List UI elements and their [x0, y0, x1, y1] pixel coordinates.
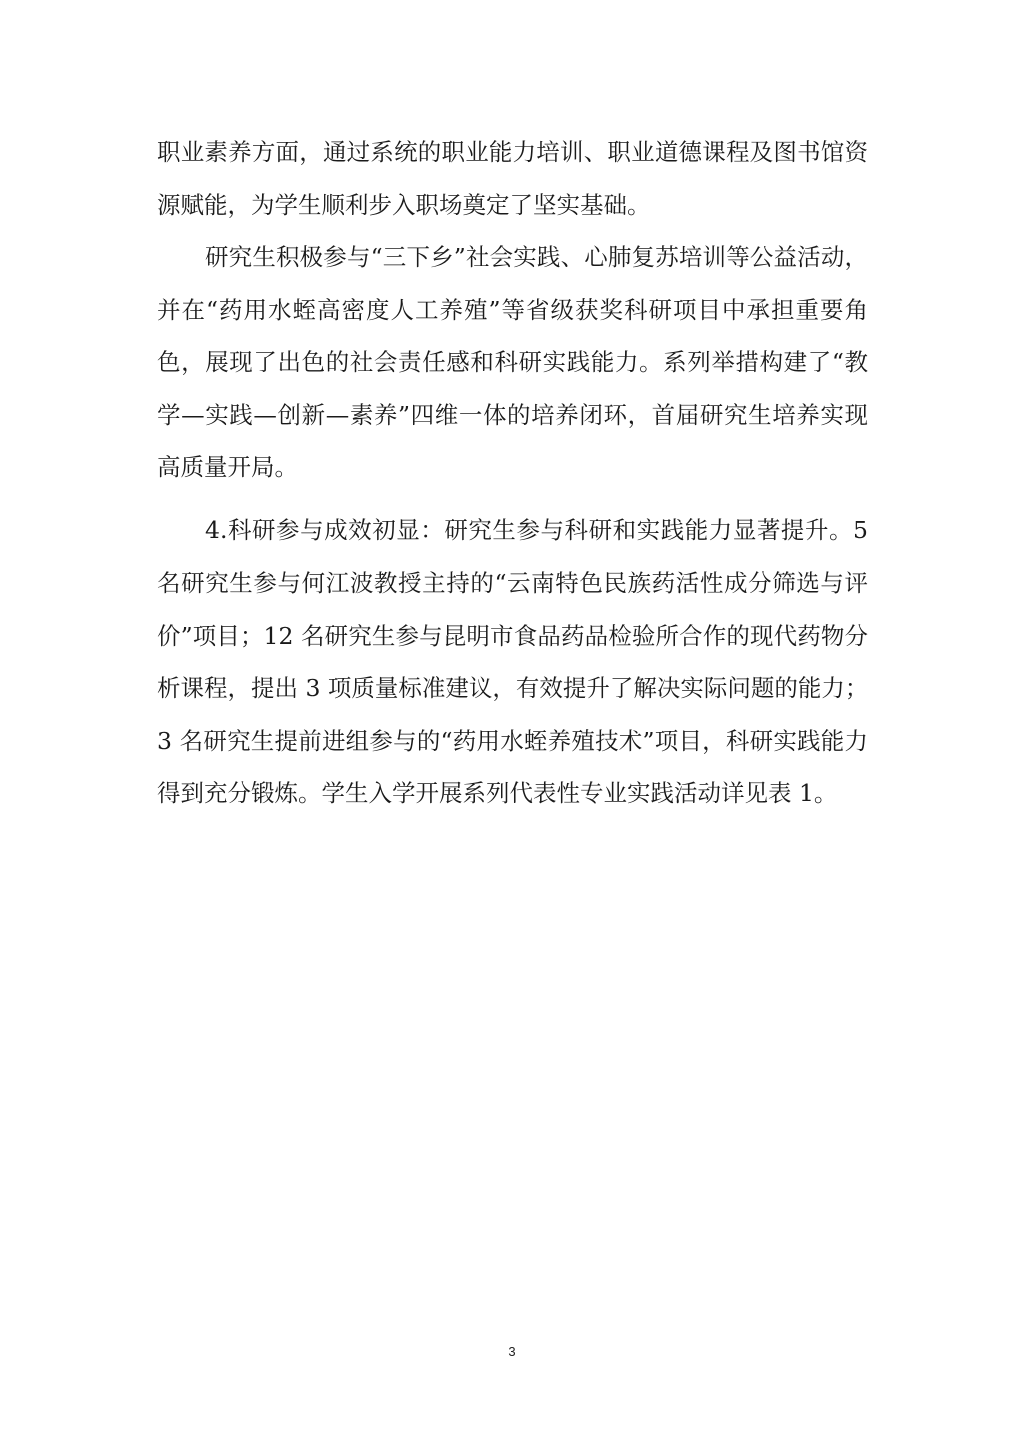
paragraph-3-line-5: 3 名研究生提前进组参与的“药用水蛭养殖技术”项目，科研实践能力: [157, 721, 868, 761]
page-number: 3: [0, 1344, 1024, 1359]
paragraph-2-line-4: 学—实践—创新—素养”四维一体的培养闭环，首届研究生培养实现: [157, 395, 868, 435]
paragraph-2-line-3: 色，展现了出色的社会责任感和科研实践能力。系列举措构建了“教: [157, 342, 868, 382]
paragraph-3-line-3: 价”项目；12 名研究生参与昆明市食品药品检验所合作的现代药物分: [157, 616, 868, 656]
paragraph-3-line-6: 得到充分锻炼。学生入学开展系列代表性专业实践活动详见表 1。: [157, 773, 868, 813]
paragraph-2-line-2: 并在“药用水蛭高密度人工养殖”等省级获奖科研项目中承担重要角: [157, 290, 868, 330]
paragraph-3-line-2: 名研究生参与何江波教授主持的“云南特色民族药活性成分筛选与评: [157, 563, 868, 603]
paragraph-3-line-1: 4.科研参与成效初显：研究生参与科研和实践能力显著提升。5: [205, 510, 868, 550]
paragraph-2-line-1: 研究生积极参与“三下乡”社会实践、心肺复苏培训等公益活动，: [205, 237, 868, 277]
paragraph-1-line-2: 源赋能，为学生顺利步入职场奠定了坚实基础。: [157, 185, 868, 225]
paragraph-2-line-5: 高质量开局。: [157, 447, 868, 487]
paragraph-3-line-4: 析课程，提出 3 项质量标准建议，有效提升了解决实际问题的能力；: [157, 668, 868, 708]
paragraph-1-line-1: 职业素养方面，通过系统的职业能力培训、职业道德课程及图书馆资: [157, 132, 868, 172]
document-page: 职业素养方面，通过系统的职业能力培训、职业道德课程及图书馆资 源赋能，为学生顺利…: [0, 0, 1024, 1448]
